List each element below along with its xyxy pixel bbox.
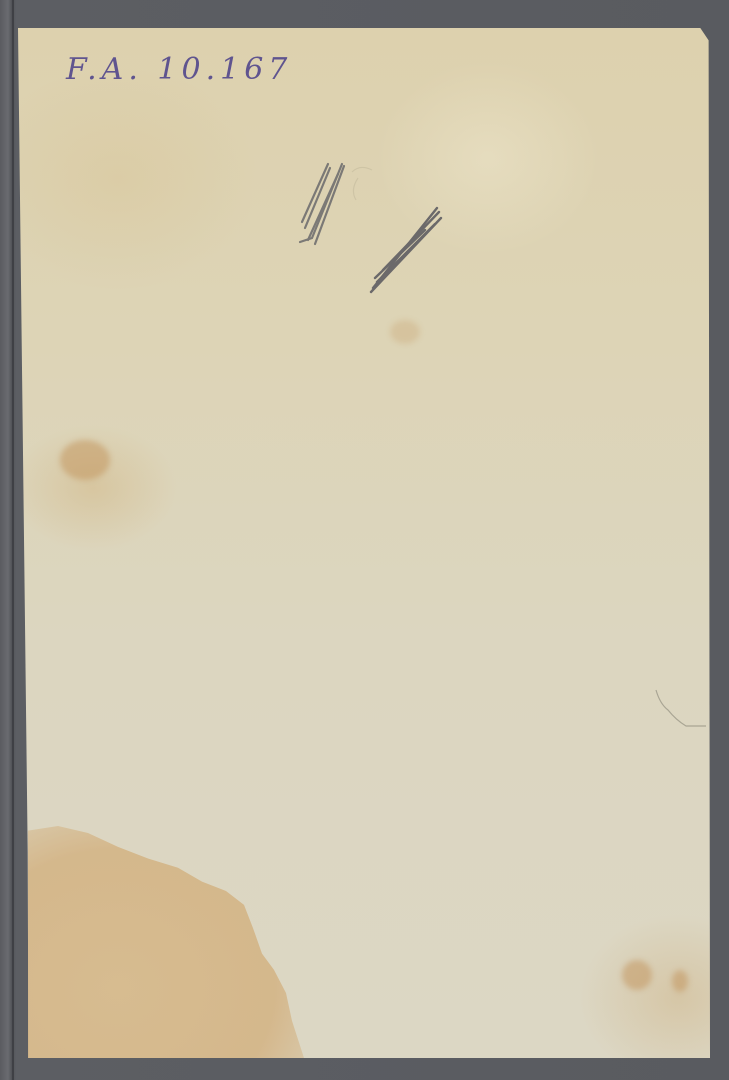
handwritten-inventory-number: F.A. 10.167: [66, 52, 292, 87]
pencil-scribble-right: [365, 200, 450, 300]
foxing-spot: [672, 970, 688, 992]
paper-crease-mark: [652, 686, 712, 736]
board-edge-line: [12, 0, 14, 1080]
foxing-spot: [390, 320, 420, 344]
foxing-spot: [622, 960, 652, 990]
foxing-spot: [60, 440, 110, 480]
